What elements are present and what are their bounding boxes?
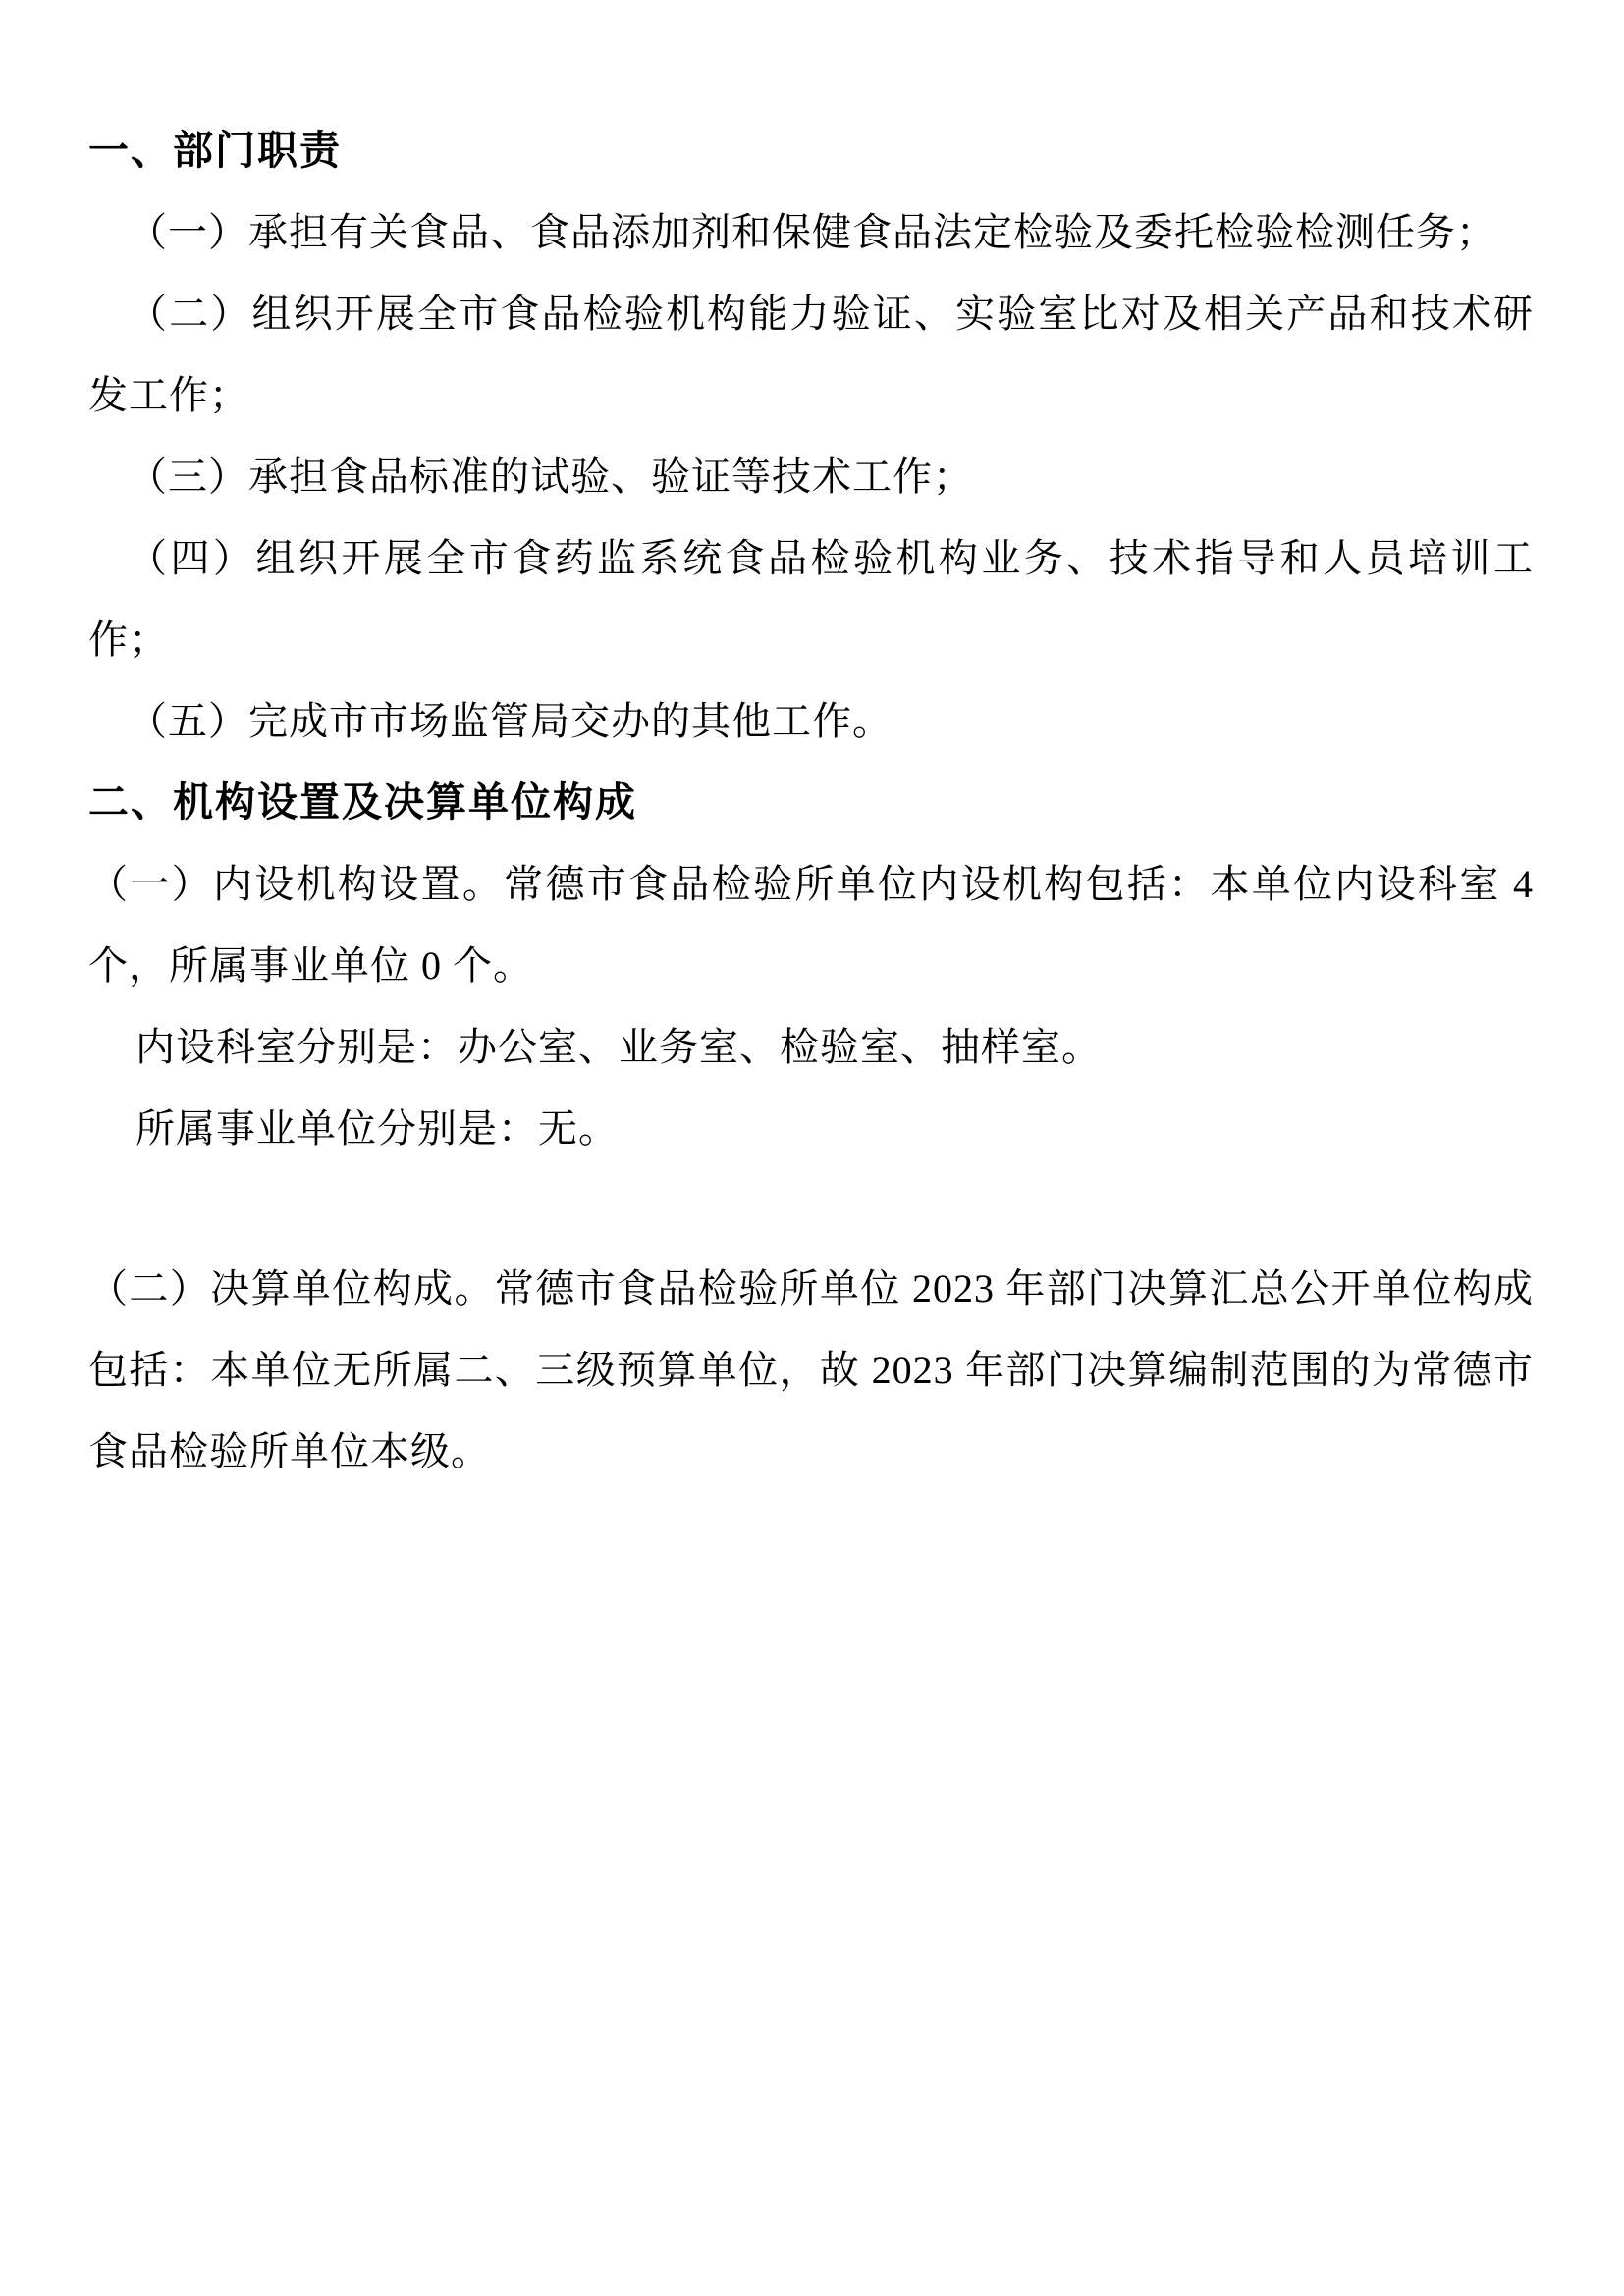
section1-duty-item-5: （五）完成市市场监管局交办的其他工作。 [88, 680, 1534, 762]
section2-heading-org-structure: 二、机构设置及决算单位构成 [88, 762, 1534, 843]
section2-para-subsidiary-units: 所属事业单位分别是：无。 [88, 1088, 1534, 1169]
document-page: 一、部门职责 （一）承担有关食品、食品添加剂和保健食品法定检验及委托检验检测任务… [0, 0, 1624, 2296]
section2-para-accounting-unit-composition: （二）决算单位构成。常德市食品检验所单位 2023 年部门决算汇总公开单位构成包… [88, 1248, 1534, 1492]
section1-duty-item-2: （二）组织开展全市食品检验机构能力验证、实验室比对及相关产品和技术研发工作； [88, 273, 1534, 436]
section1-duty-item-4: （四）组织开展全市食药监系统食品检验机构业务、技术指导和人员培训工作； [88, 517, 1534, 680]
section2-para-internal-setup: （一）内设机构设置。常德市食品检验所单位内设机构包括：本单位内设科室 4 个，所… [88, 843, 1534, 1006]
section2-para-internal-departments: 内设科室分别是：办公室、业务室、检验室、抽样室。 [88, 1006, 1534, 1088]
section1-duty-item-1: （一）承担有关食品、食品添加剂和保健食品法定检验及委托检验检测任务； [88, 191, 1534, 273]
section1-duty-item-3: （三）承担食品标准的试验、验证等技术工作； [88, 436, 1534, 517]
section1-heading-department-duties: 一、部门职责 [88, 110, 1534, 191]
